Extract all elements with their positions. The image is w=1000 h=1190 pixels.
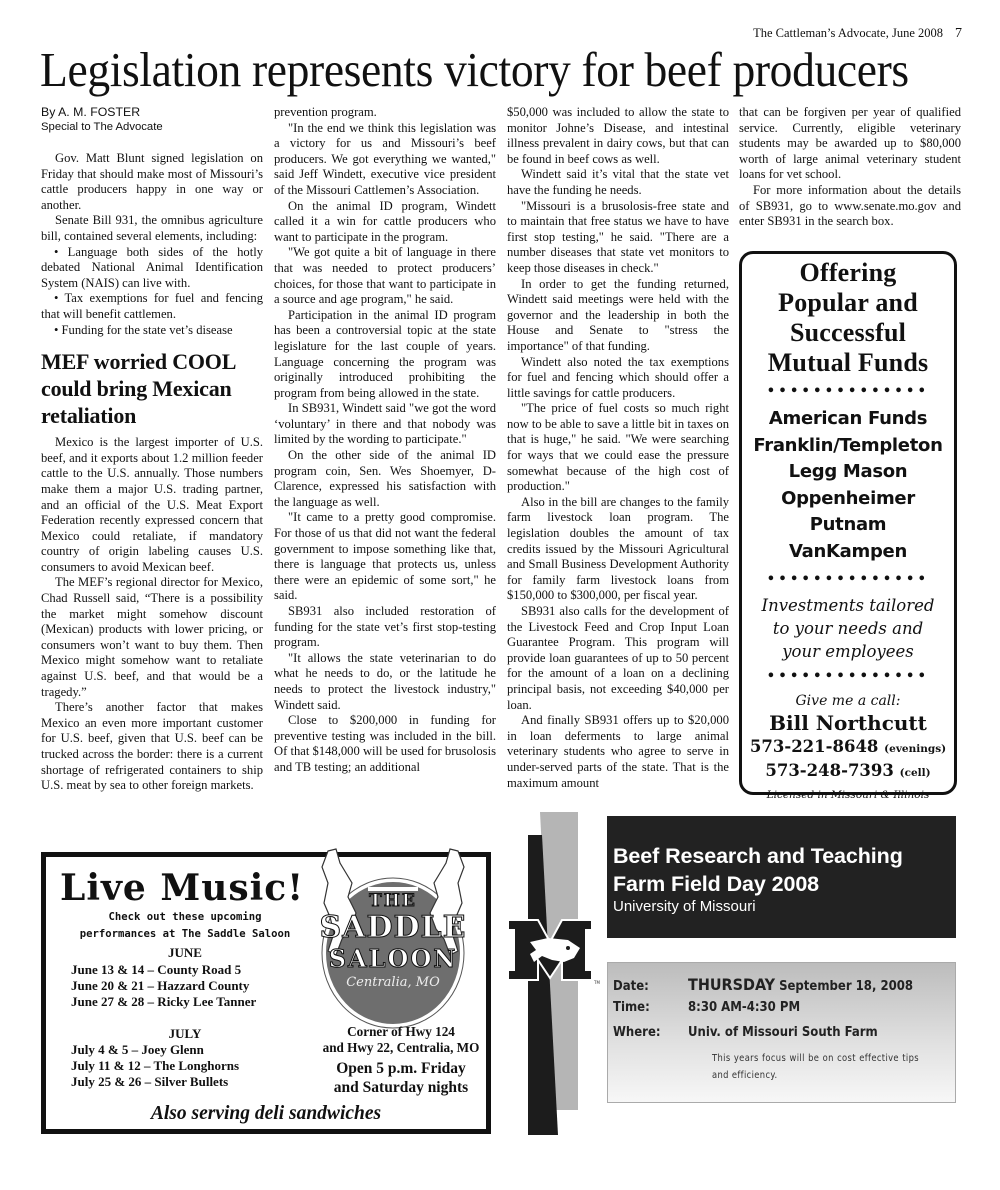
paragraph: On the other side of the animal ID progr… <box>274 448 496 510</box>
paragraph: "The price of fuel costs so much right n… <box>507 401 729 495</box>
ad-intro: Check out these upcoming performances at… <box>60 909 310 943</box>
fund-name: Franklin/Templeton <box>742 433 954 460</box>
paragraph: Windett also noted the tax exemptions fo… <box>507 355 729 402</box>
page-folio: The Cattleman’s Advocate, June 20087 <box>753 26 962 42</box>
paragraph: For more information about the details o… <box>739 183 961 230</box>
paragraph: "Missouri is a brusolosis-free state and… <box>507 199 729 277</box>
hours-line: Open 5 p.m. Friday <box>308 1059 494 1078</box>
time-row: Time: 8:30 AM-4:30 PM <box>608 1000 955 1025</box>
paragraph: "It allows the state veterinarian to do … <box>274 651 496 713</box>
agent-name: Bill Northcutt <box>742 711 954 736</box>
paragraph: "In the end we think this legislation wa… <box>274 121 496 199</box>
month-heading: JUNE <box>60 945 310 961</box>
date-value: THURSDAY September 18, 2008 <box>688 975 913 994</box>
byline-affiliation: Special to The Advocate <box>41 120 263 135</box>
time-value: 8:30 AM-4:30 PM <box>688 1000 800 1015</box>
ad-title: Live Music! <box>60 867 304 909</box>
where-row: Where: Univ. of Missouri South Farm <box>608 1025 955 1050</box>
gig-item: July 25 & 26 – Silver Bullets <box>71 1074 228 1090</box>
page-number: 7 <box>955 26 962 41</box>
article-column-3: $50,000 was included to allow the state … <box>507 105 729 791</box>
call-prompt: Give me a call: <box>742 691 954 711</box>
date-day: THURSDAY <box>688 975 775 994</box>
gig-item: June 27 & 28 – Ricky Lee Tanner <box>71 994 256 1010</box>
saloon-address: Corner of Hwy 124 and Hwy 22, Centralia,… <box>316 1024 486 1056</box>
bullet-item: • Tax exemptions for fuel and fencing th… <box>41 291 263 322</box>
article-column-1: By A. M. FOSTER Special to The Advocate … <box>41 105 263 794</box>
article-column-2: prevention program. "In the end we think… <box>274 105 496 776</box>
date-row: Date: THURSDAY September 18, 2008 <box>608 975 955 1000</box>
sidebar-story-headline: MEF worried COOL could bring Mexican ret… <box>41 348 263 429</box>
phone-evenings: 573-221-8648 (evenings) <box>742 736 954 760</box>
paragraph: There’s another factor that makes Mexico… <box>41 700 263 794</box>
fund-name: American Funds <box>742 406 954 433</box>
intro-line: performances at The Saddle Saloon <box>60 926 310 943</box>
paragraph: Windett said it’s vital that the state v… <box>507 167 729 198</box>
paragraph: SB931 also calls for the development of … <box>507 604 729 713</box>
dot-separator: •••••••••••••• <box>742 382 954 402</box>
logo-line: SADDLE <box>306 911 480 945</box>
paragraph: that can be forgiven per year of qualifi… <box>739 105 961 183</box>
phone-cell: 573-248-7393 (cell) <box>742 760 954 784</box>
paragraph: On the animal ID program, Windett called… <box>274 199 496 246</box>
field-day-host: University of Missouri <box>613 898 956 916</box>
field-day-details: Date: THURSDAY September 18, 2008 Time: … <box>607 962 956 1103</box>
paragraph: $50,000 was included to allow the state … <box>507 105 729 167</box>
gig-item: June 20 & 21 – Hazzard County <box>71 978 249 994</box>
ad-tagline-line: your employees <box>742 640 954 663</box>
ad-heading-line: Successful <box>742 318 954 348</box>
fund-name: Putnam <box>742 512 954 539</box>
logo-line: Centralia, MO <box>306 973 480 993</box>
ad-heading-line: Mutual Funds <box>742 348 954 378</box>
bullet-item: • Language both sides of the hotly debat… <box>41 245 263 292</box>
ad-heading-line: Popular and <box>742 288 954 318</box>
saloon-logo-text: THE SADDLE SALOON Centralia, MO <box>306 891 480 993</box>
date-text: September 18, 2008 <box>779 979 913 994</box>
phone-number: 573-221-8648 <box>750 737 879 756</box>
saloon-footer: Also serving deli sandwiches <box>46 1102 486 1126</box>
ad-tagline-line: to your needs and <box>742 617 954 640</box>
fund-name: Oppenheimer <box>742 486 954 513</box>
address-line: and Hwy 22, Centralia, MO <box>316 1040 486 1056</box>
paragraph: "It came to a pretty good compromise. Fo… <box>274 510 496 604</box>
svg-text:TM: TM <box>593 980 600 985</box>
mutual-funds-ad: Offering Popular and Successful Mutual F… <box>739 251 957 795</box>
byline: By A. M. FOSTER <box>41 105 263 120</box>
hours-line: and Saturday nights <box>308 1078 494 1097</box>
paragraph: Participation in the animal ID program h… <box>274 308 496 402</box>
field-day-header: Beef Research and Teaching Farm Field Da… <box>607 816 956 938</box>
paragraph: In SB931, Windett said "we got the word … <box>274 401 496 448</box>
time-label: Time: <box>608 1000 688 1015</box>
publication-name: The Cattleman’s Advocate, June 2008 <box>753 26 943 40</box>
gig-item: June 13 & 14 – County Road 5 <box>71 962 241 978</box>
dot-separator: •••••••••••••• <box>742 570 954 590</box>
phone-label: (cell) <box>900 767 931 779</box>
where-label: Where: <box>608 1025 688 1040</box>
paragraph: "We got quite a bit of language in there… <box>274 245 496 307</box>
logo-line: SALOON <box>306 945 480 973</box>
date-label: Date: <box>608 979 688 994</box>
phone-label: (evenings) <box>884 743 946 755</box>
paragraph: Senate Bill 931, the omnibus agriculture… <box>41 213 263 244</box>
paragraph: Also in the bill are changes to the fami… <box>507 495 729 604</box>
license-note: Licensed in Missouri & Illinois <box>742 786 954 804</box>
month-heading: JULY <box>60 1026 310 1042</box>
paragraph: In order to get the funding returned, Wi… <box>507 277 729 355</box>
ad-heading-line: Offering <box>742 258 954 288</box>
paragraph: Mexico is the largest importer of U.S. b… <box>41 435 263 575</box>
saddle-saloon-ad: Live Music! Check out these upcoming per… <box>41 852 491 1134</box>
gig-item: July 4 & 5 – Joey Glenn <box>71 1042 204 1058</box>
bullet-item: • Funding for the state vet’s disease <box>41 323 263 339</box>
saloon-hours: Open 5 p.m. Friday and Saturday nights <box>308 1059 494 1097</box>
intro-line: Check out these upcoming <box>60 909 310 926</box>
article-headline: Legislation represents victory for beef … <box>40 42 896 98</box>
mizzou-tiger-logo: TM <box>500 812 600 1137</box>
where-value: Univ. of Missouri South Farm <box>688 1025 878 1040</box>
article-column-4: that can be forgiven per year of qualifi… <box>739 105 961 230</box>
logo-line: THE <box>306 891 480 911</box>
dot-separator: •••••••••••••• <box>742 667 954 687</box>
ad-tagline-line: Investments tailored <box>742 594 954 617</box>
address-line: Corner of Hwy 124 <box>316 1024 486 1040</box>
paragraph: And finally SB931 offers up to $20,000 i… <box>507 713 729 791</box>
fund-name: VanKampen <box>742 539 954 566</box>
field-day-title-line: Farm Field Day 2008 <box>613 870 956 898</box>
phone-number: 573-248-7393 <box>765 761 894 780</box>
paragraph: Close to $200,000 in funding for prevent… <box>274 713 496 775</box>
gig-item: July 11 & 12 – The Longhorns <box>71 1058 239 1074</box>
paragraph: SB931 also included restoration of fundi… <box>274 604 496 651</box>
paragraph: Gov. Matt Blunt signed legislation on Fr… <box>41 151 263 213</box>
paragraph: prevention program. <box>274 105 496 121</box>
paragraph: The MEF’s regional director for Mexico, … <box>41 575 263 700</box>
field-day-note: This years focus will be on cost effecti… <box>712 1050 919 1084</box>
fund-name: Legg Mason <box>742 459 954 486</box>
field-day-title-line: Beef Research and Teaching <box>613 842 956 870</box>
